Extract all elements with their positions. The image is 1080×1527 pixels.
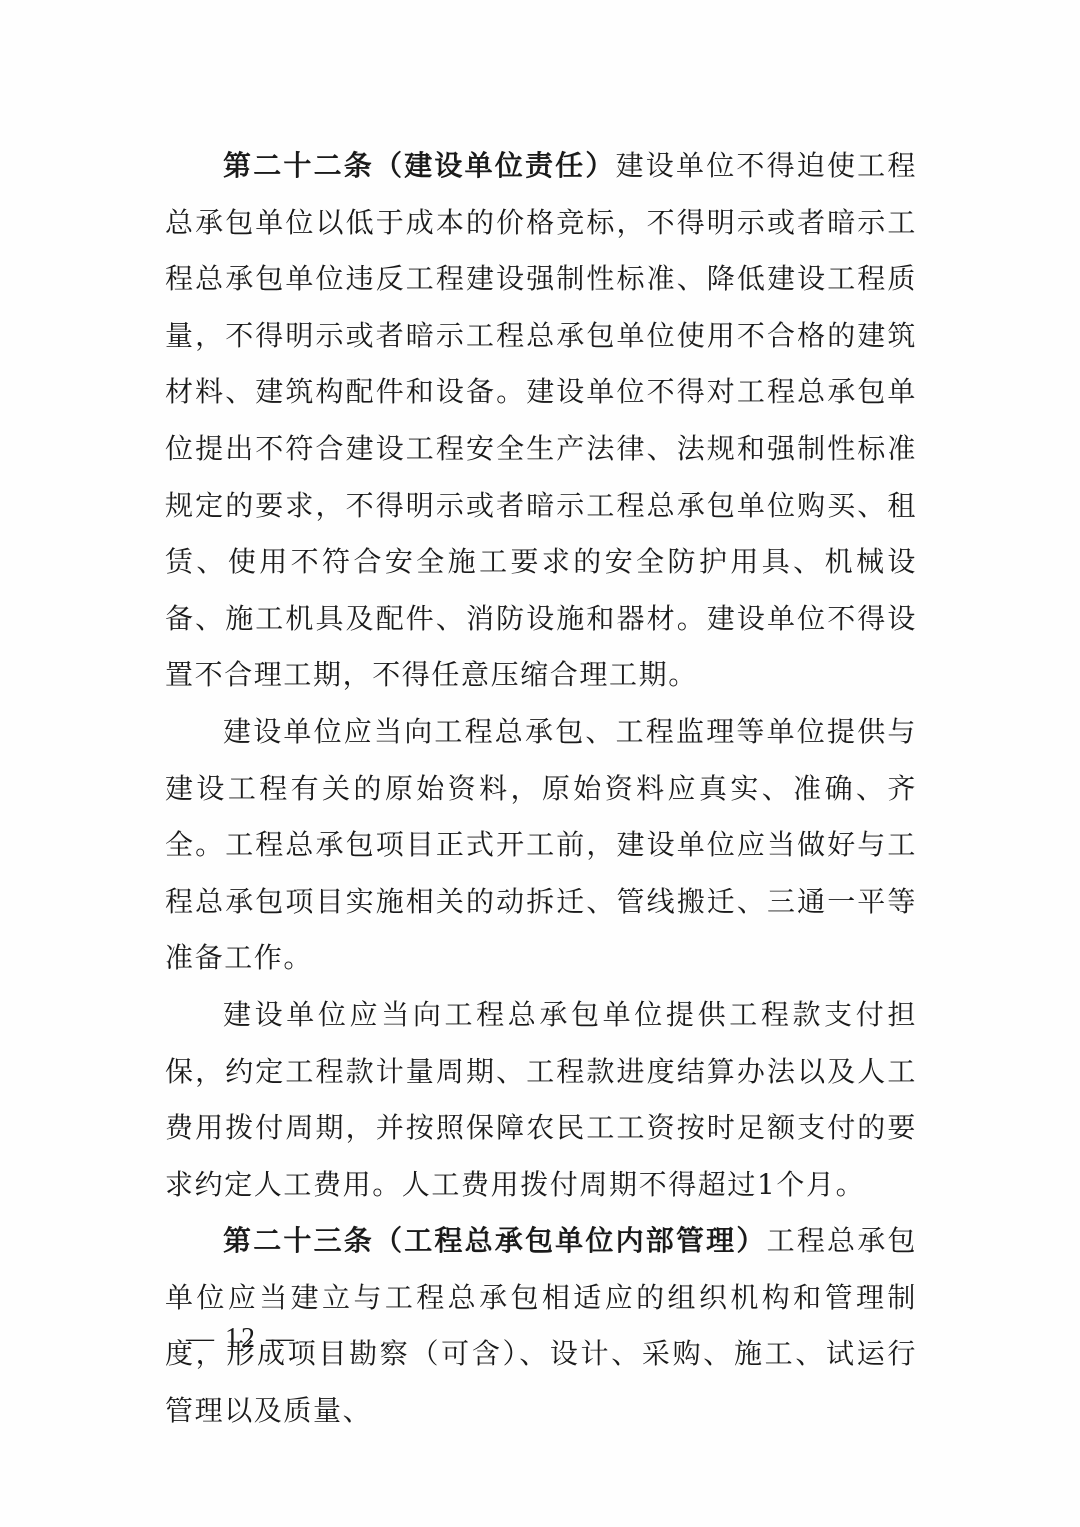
article-heading: 第二十三条（工程总承包单位内部管理）	[223, 1224, 767, 1257]
paragraph-original-materials: 建设单位应当向工程总承包、工程监理等单位提供与建设工程有关的原始资料，原始资料应…	[165, 704, 917, 987]
document-body: 第二十二条（建设单位责任）建设单位不得迫使工程总承包单位以低于成本的价格竞标，不…	[165, 138, 917, 1440]
paragraph-text: 建设单位应当向工程总承包单位提供工程款支付担保，约定工程款计量周期、工程款进度结…	[165, 998, 917, 1201]
paragraph-article-22: 第二十二条（建设单位责任）建设单位不得迫使工程总承包单位以低于成本的价格竞标，不…	[165, 138, 917, 704]
article-heading: 第二十二条（建设单位责任）	[223, 149, 616, 182]
paragraph-text: 建设单位不得迫使工程总承包单位以低于成本的价格竞标，不得明示或者暗示工程总承包单…	[165, 149, 917, 691]
page-number: — 12 —	[186, 1323, 296, 1355]
paragraph-text: 建设单位应当向工程总承包、工程监理等单位提供与建设工程有关的原始资料，原始资料应…	[165, 715, 917, 974]
paragraph-payment-guarantee: 建设单位应当向工程总承包单位提供工程款支付担保，约定工程款计量周期、工程款进度结…	[165, 987, 917, 1213]
document-page: 第二十二条（建设单位责任）建设单位不得迫使工程总承包单位以低于成本的价格竞标，不…	[0, 0, 1080, 1527]
